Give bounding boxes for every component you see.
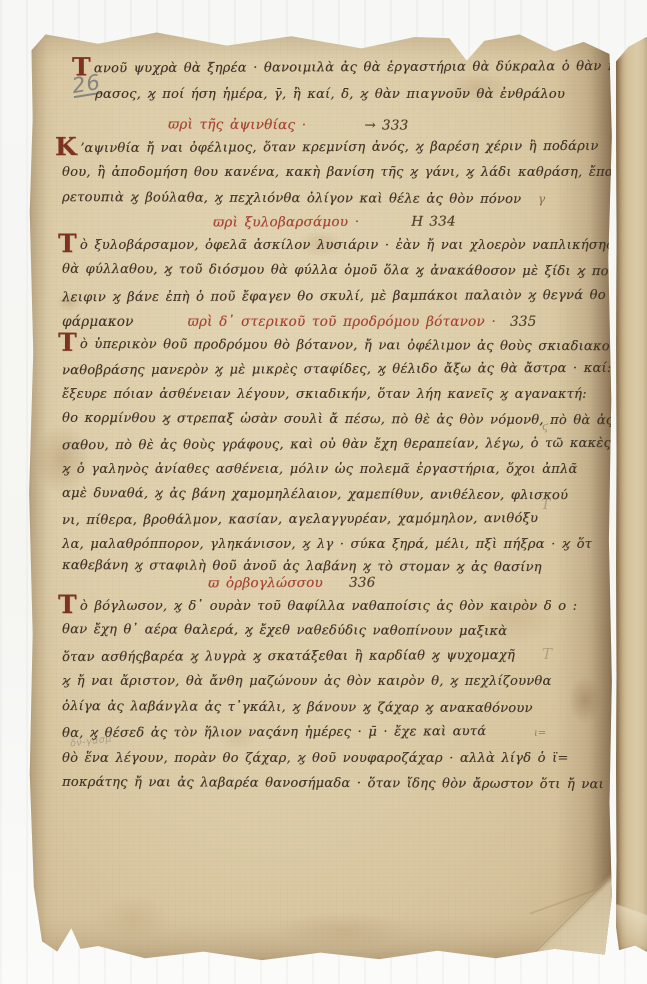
text-line: Τὸ ὑπερικὸν θοῦ προδρόμου θὸ βότανον, ἤ …	[58, 335, 626, 356]
rubric-heading-line: ϖρὶ ξυλοβαρσάμου ·Η334	[213, 212, 456, 231]
text-line: θαν ἔχη θ᾽ αέρα θαλερά, ϗ ἔχεθ ναθεδύδις…	[62, 621, 507, 641]
text-line: ρετουπιὰ ϗ βούλαθα, ϗ πεχλιόνθα ὀλίγον κ…	[62, 189, 521, 209]
heading-prefix-mark: →	[364, 117, 376, 133]
text-line: σαθου, πὸ θὲ ἀς θοὺς γράφους, καὶ οὐ θὰν…	[62, 435, 611, 455]
text-line: ὀλίγα ἀς λαβάνγλα ἀς τ᾽γκάλι, ϗ βάνουν ϗ…	[62, 698, 533, 718]
text-line: Κʼαψινθία ἤ ναι ὀφέλιμος, ὅταν κρεμνίση …	[55, 137, 599, 158]
text-line: Τὸ βόγλωσον, ϗ δ᾽ ουρὰν τοῦ θαφίλλα ναθα…	[58, 597, 577, 616]
line-text: ανοῦ ψυχρὰ θὰ ξηρέα · θανοιμιλὰ ἀς θὰ ἐρ…	[94, 59, 647, 77]
paragraph-initial: Τ	[58, 600, 77, 610]
line-text: ϗ ὁ γαληνὸς ἀνίαθες ασθένεια, μόλιν ὡς π…	[62, 462, 577, 477]
line-text: θου, ἢ ἀποδομήση θου κανένα, κακὴ βανίση…	[62, 165, 614, 180]
line-text: θαν ἔχη θ᾽ αέρα θαλερά, ϗ ἔχεθ ναθεδύδις…	[62, 622, 507, 639]
scanned-manuscript: 26 ὄν-γασμ Τανοῦ ψυχρὰ θὰ ξηρέα · θανοιμ…	[0, 0, 647, 984]
line-text: ρασος, ϗ ποί ήση ἡμέρα, γ̄, ἢ καί, δ̄, ϗ…	[95, 87, 565, 102]
line-text: ϗ ἤ ναι ἄριστον, θὰ ἄνθη μαζώνουν ἀς θὸν…	[62, 674, 552, 689]
paragraph-initial: Κ	[55, 142, 77, 152]
catchword-heading-line: φάρμακονϖρὶ δ᾽ στερικοῦ τοῦ προδρόμου βό…	[62, 313, 536, 331]
rubric-heading-line: ϖρὶ τῆς ἀψινθίας ·→333	[168, 115, 408, 134]
text-line: θὰ φύλλαθου, ϗ τοῦ διόσμου θὰ φύλλα ὁμοῦ…	[62, 261, 646, 282]
text-block: Τανοῦ ψυχρὰ θὰ ξηρέα · θανοιμιλὰ ἀς θὰ ἐ…	[28, 24, 613, 962]
text-line: θο κορμίνθου ϗ στρεπαξ ὡσὰν σουλὶ ἄ πέσω…	[62, 410, 647, 431]
line-text: θὰ φύλλαθου, ϗ τοῦ διόσμου θὰ φύλλα ὁμοῦ…	[62, 262, 646, 280]
text-line: Τανοῦ ψυχρὰ θὰ ξηρέα · θανοιμιλὰ ἀς θὰ ἐ…	[72, 57, 647, 79]
rubric-text: ϖ ὀρβογλώσσου	[208, 575, 323, 592]
chapter-number: 336	[349, 575, 376, 591]
text-line: λα, μαλαθρόππορον, γληκάνισον, ϗ λγ · σύ…	[62, 536, 592, 554]
text-line: ἔξευρε πόιαν ἀσθένειαν λέγουν, σκιαδικήν…	[62, 386, 587, 404]
line-text: καθεβάνη ϗ σταφιλὴ θοῦ ἀνοῦ ἀς λαβάνη ϗ …	[62, 558, 542, 575]
line-text: ὸ ξυλοβάρσαμον, ὀφελᾶ ἀσκίλον λυσιάριν ·…	[80, 238, 614, 253]
text-line: ρασος, ϗ ποί ήση ἡμέρα, γ̄, ἢ καί, δ̄, ϗ…	[95, 86, 565, 104]
heading-prefix-mark: Η	[411, 214, 423, 230]
text-line: ὅταν ασθήςβαρέα ϗ λυγρὰ ϗ σκατάξεθαι ἢ κ…	[62, 647, 515, 667]
line-text: θα, ϗ θέσεδ ἀς τὸν ἥλιον ναςάνη ἡμέρες ·…	[62, 724, 486, 741]
next-leaf-edge	[616, 34, 647, 952]
text-line: θὸ ἕνα λέγουν, πορὰν θο ζάχαρ, ϗ θοῦ νου…	[62, 750, 569, 768]
line-text: ποκράτης ἤ ναι ἀς λαβαρέα θανοσήμαδα · ὅ…	[62, 775, 627, 792]
line-text: λειφιν ϗ βάνε ἐπὴ ὁ ποῦ ἔφαγεν θο σκυλί,…	[62, 288, 623, 305]
line-text: ὅταν ασθήςβαρέα ϗ λυγρὰ ϗ σκατάξεθαι ἢ κ…	[62, 648, 515, 665]
rubric-heading-line: ϖ ὀρβογλώσσου336	[208, 574, 376, 593]
rubric-text: ϖρὶ δ᾽ στερικοῦ τοῦ προδρόμου βότανον ·	[188, 314, 496, 330]
paragraph-initial: Τ	[58, 239, 77, 249]
manuscript-page: 26 ὄν-γασμ Τανοῦ ψυχρὰ θὰ ξηρέα · θανοιμ…	[28, 24, 613, 962]
line-text: ὸ ὑπερικὸν θοῦ προδρόμου θὸ βότανον, ἤ ν…	[80, 337, 626, 354]
text-line: ποκράτης ἤ ναι ἀς λαβαρέα θανοσήμαδα · ὅ…	[62, 774, 627, 794]
line-text: ναθοβράσης μανερὸν ϗ μὲ μικρὲς σταφίδες,…	[62, 361, 612, 378]
text-line: ναθοβράσης μανερὸν ϗ μὲ μικρὲς σταφίδες,…	[62, 360, 612, 380]
text-line: Τὸ ξυλοβάρσαμον, ὀφελᾶ ἀσκίλον λυσιάριν …	[58, 236, 613, 255]
line-text: νι, πίθερα, βροθάλμον, κασίαν, αγελαγγυρ…	[62, 511, 538, 528]
text-line: θα, ϗ θέσεδ ἀς τὸν ἥλιον ναςάνη ἡμέρες ·…	[62, 723, 486, 743]
chapter-number: 335	[510, 314, 537, 330]
chapter-number: 333	[382, 117, 409, 133]
line-text: ἔξευρε πόιαν ἀσθένειαν λέγουν, σκιαδικήν…	[62, 387, 587, 402]
text-line: νι, πίθερα, βροθάλμον, κασίαν, αγελαγγυρ…	[62, 510, 538, 530]
text-line: αμὲ δυναθά, ϗ ἀς βάνη χαμομηλέλαιον, χαμ…	[62, 485, 568, 505]
line-text: σαθου, πὸ θὲ ἀς θοὺς γράφους, καὶ οὐ θὰν…	[62, 436, 611, 453]
line-text: θο κορμίνθου ϗ στρεπαξ ὡσὰν σουλὶ ἄ πέσω…	[62, 411, 647, 429]
text-line: λειφιν ϗ βάνε ἐπὴ ὁ ποῦ ἔφαγεν θο σκυλί,…	[62, 287, 623, 307]
line-text: ὸ βόγλωσον, ϗ δ᾽ ουρὰν τοῦ θαφίλλα ναθαπ…	[80, 599, 577, 614]
paragraph-initial: Τ	[58, 338, 77, 348]
rubric-text: ϖρὶ τῆς ἀψινθίας ·	[168, 116, 306, 133]
line-text: θὸ ἕνα λέγουν, πορὰν θο ζάχαρ, ϗ θοῦ νου…	[62, 751, 569, 766]
line-text: λα, μαλαθρόππορον, γληκάνισον, ϗ λγ · σύ…	[62, 537, 592, 552]
line-text: ρετουπιὰ ϗ βούλαθα, ϗ πεχλιόνθα ὀλίγον κ…	[62, 190, 521, 207]
chapter-number: 334	[429, 213, 456, 229]
text-line: θου, ἢ ἀποδομήση θου κανένα, κακὴ βανίση…	[62, 164, 614, 182]
text-line: ϗ ἤ ναι ἄριστον, θὰ ἄνθη μαζώνουν ἀς θὸν…	[62, 673, 552, 691]
line-text: ὀλίγα ἀς λαβάνγλα ἀς τ᾽γκάλι, ϗ βάνουν ϗ…	[62, 699, 533, 716]
line-text: ʼαψινθία ἤ ναι ὀφέλιμος, ὅταν κρεμνίση ἀ…	[80, 139, 599, 156]
line-text: αμὲ δυναθά, ϗ ἀς βάνη χαμομηλέλαιον, χαμ…	[62, 486, 568, 503]
paragraph-initial: Τ	[72, 62, 91, 72]
text-line: ϗ ὁ γαληνὸς ἀνίαθες ασθένεια, μόλιν ὡς π…	[62, 461, 577, 479]
rubric-text: ϖρὶ ξυλοβαρσάμου ·	[213, 214, 359, 231]
